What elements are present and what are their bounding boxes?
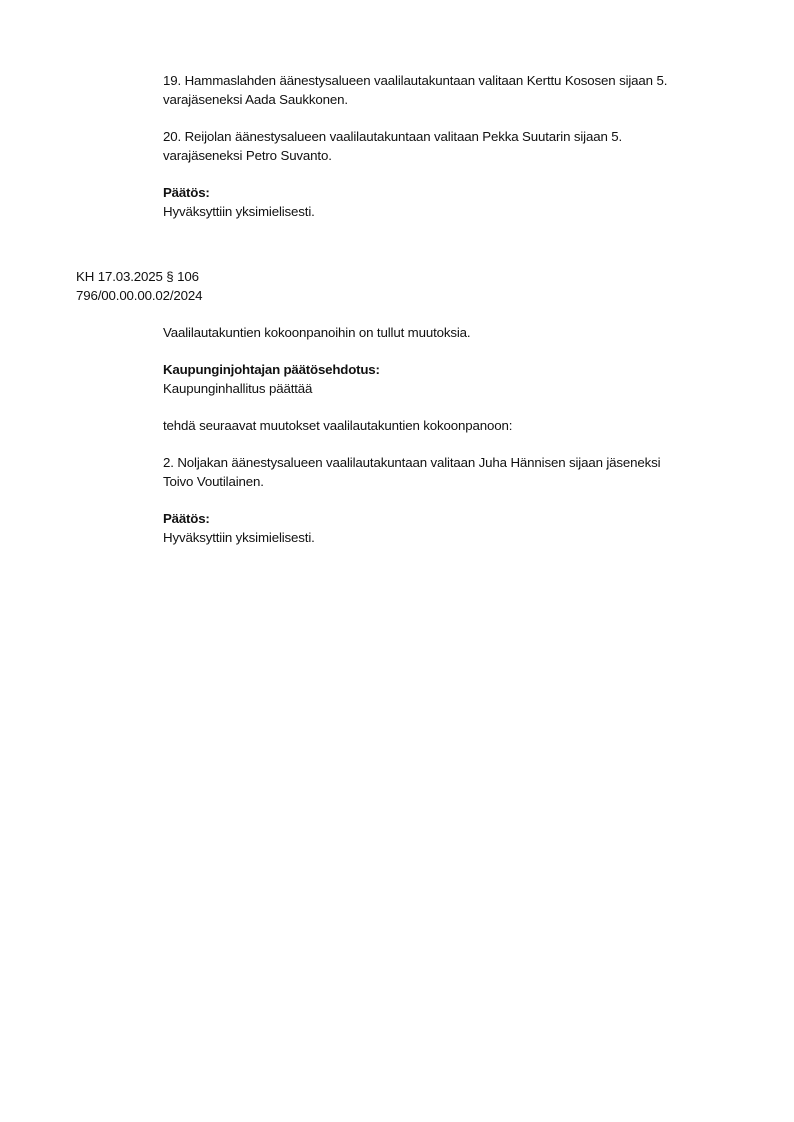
list-item-2-line-2: Toivo Voutilainen. xyxy=(163,472,264,491)
case-number: 796/00.00.00.02/2024 xyxy=(76,286,202,305)
intro-text: Vaalilautakuntien kokoonpanoihin on tull… xyxy=(163,323,470,342)
list-item-2-line-1: 2. Noljakan äänestysalueen vaalilautakun… xyxy=(163,453,660,472)
decision-text: Hyväksyttiin yksimielisesti. xyxy=(163,528,315,547)
decision-heading: Päätös: xyxy=(163,509,210,528)
proposal-line-2: tehdä seuraavat muutokset vaalilautakunt… xyxy=(163,416,512,435)
decision-text: Hyväksyttiin yksimielisesti. xyxy=(163,202,315,221)
meeting-reference: KH 17.03.2025 § 106 xyxy=(76,267,199,286)
decision-heading: Päätös: xyxy=(163,183,210,202)
list-item-20-line-2: varajäseneksi Petro Suvanto. xyxy=(163,146,332,165)
proposal-line-1: Kaupunginhallitus päättää xyxy=(163,379,312,398)
list-item-19-line-2: varajäseneksi Aada Saukkonen. xyxy=(163,90,348,109)
list-item-20-line-1: 20. Reijolan äänestysalueen vaalilautaku… xyxy=(163,127,622,146)
proposal-heading: Kaupunginjohtajan päätösehdotus: xyxy=(163,360,380,379)
list-item-19-line-1: 19. Hammaslahden äänestysalueen vaalilau… xyxy=(163,71,667,90)
